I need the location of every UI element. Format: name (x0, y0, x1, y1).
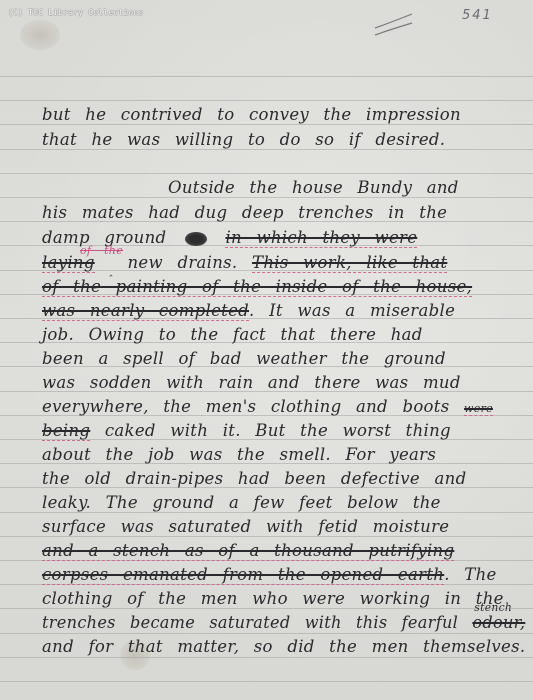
manuscript-line: and a stench as of a thousand putrifying (42, 541, 454, 567)
line-text: but he contrived to convey the impressio… (42, 105, 461, 124)
deleted-text: This work, like that (252, 253, 447, 273)
line-text: job. Owing to the fact that there had (42, 325, 423, 344)
manuscript-line: leaky. The ground a few feet below the (42, 493, 441, 519)
line-text: surface was saturated with fetid moistur… (42, 517, 449, 536)
manuscript-line: corpses emanated from the opened earth. … (42, 565, 497, 591)
manuscript-line: was nearly completed. It was a miserable (42, 301, 455, 327)
manuscript-line: but he contrived to convey the impressio… (42, 105, 461, 131)
manuscript-line: Outside the house Bundy and (168, 178, 459, 204)
manuscript-line: about the job was the smell. For years (42, 445, 436, 471)
line-text: that he was willing to do so if desired. (42, 130, 445, 149)
ruled-line (0, 100, 533, 101)
line-text: clothing of the men who were working in … (42, 589, 504, 608)
manuscript-line: everywhere, the men's clothing and boots… (42, 397, 493, 423)
line-text: Outside the house Bundy and (168, 178, 459, 197)
manuscript-page: (C) TUC Library Collections 541 but he c… (0, 0, 533, 700)
deleted-text: of the painting of the inside of the hou… (42, 277, 472, 297)
deleted-text: was nearly completed (42, 301, 249, 321)
line-text: his mates had dug deep trenches in the (42, 203, 447, 222)
line-text: and for that matter, so did the men them… (42, 637, 525, 656)
manuscript-line: surface was saturated with fetid moistur… (42, 517, 449, 543)
manuscript-line: his mates had dug deep trenches in the (42, 203, 447, 229)
line-text: about the job was the smell. For years (42, 445, 436, 464)
manuscript-line: being caked with it. But the worst thing (42, 421, 451, 447)
line-text: was sodden with rain and there was mud (42, 373, 461, 392)
line-text: the old drain-pipes had been defective a… (42, 469, 466, 488)
deleted-text: were (464, 402, 493, 416)
ruled-line (0, 76, 533, 77)
deleted-insertion: of the (80, 244, 123, 257)
deleted-text: in which they were (225, 228, 417, 248)
manuscript-line: trenches became saturated with this fear… (42, 613, 525, 639)
manuscript-line: job. Owing to the fact that there had (42, 325, 423, 351)
ink-blot (185, 232, 207, 246)
manuscript-line: that he was willing to do so if desired. (42, 130, 445, 156)
deleted-text: and a stench as of a thousand putrifying (42, 541, 454, 561)
ruled-line (0, 173, 533, 174)
line-text: . The (444, 565, 496, 584)
manuscript-line: laying of the ‸ new drains. This work, l… (42, 253, 447, 279)
manuscript-line: of the painting of the inside of the hou… (42, 277, 472, 303)
line-text: been a spell of bad weather the ground (42, 349, 446, 368)
deleted-text: being (42, 421, 90, 441)
insertion-caret: ‸ (109, 266, 113, 277)
deleted-text: corpses emanated from the opened earth (42, 565, 444, 585)
inserted-word: stench (474, 601, 512, 614)
manuscript-line: the old drain-pipes had been defective a… (42, 469, 466, 495)
copyright-watermark: (C) TUC Library Collections (8, 8, 143, 17)
manuscript-line: and for that matter, so did the men them… (42, 637, 525, 663)
manuscript-line: been a spell of bad weather the ground (42, 349, 446, 375)
folio-number: 541 (462, 8, 493, 23)
pencil-mark-icon (372, 10, 417, 40)
line-text: . It was a miserable (249, 301, 455, 320)
line-text: new drains. (128, 253, 238, 272)
line-text: caked with it. But the worst thing (105, 421, 451, 440)
line-text: everywhere, the men's clothing and boots (42, 397, 450, 416)
manuscript-line: clothing of the men who were working in … (42, 589, 504, 615)
line-text: trenches became saturated with this fear… (42, 613, 458, 632)
deleted-text: odour, (472, 613, 525, 632)
manuscript-line: was sodden with rain and there was mud (42, 373, 461, 399)
line-text: leaky. The ground a few feet below the (42, 493, 441, 512)
paper-stain (20, 20, 60, 50)
ruled-line (0, 681, 533, 682)
